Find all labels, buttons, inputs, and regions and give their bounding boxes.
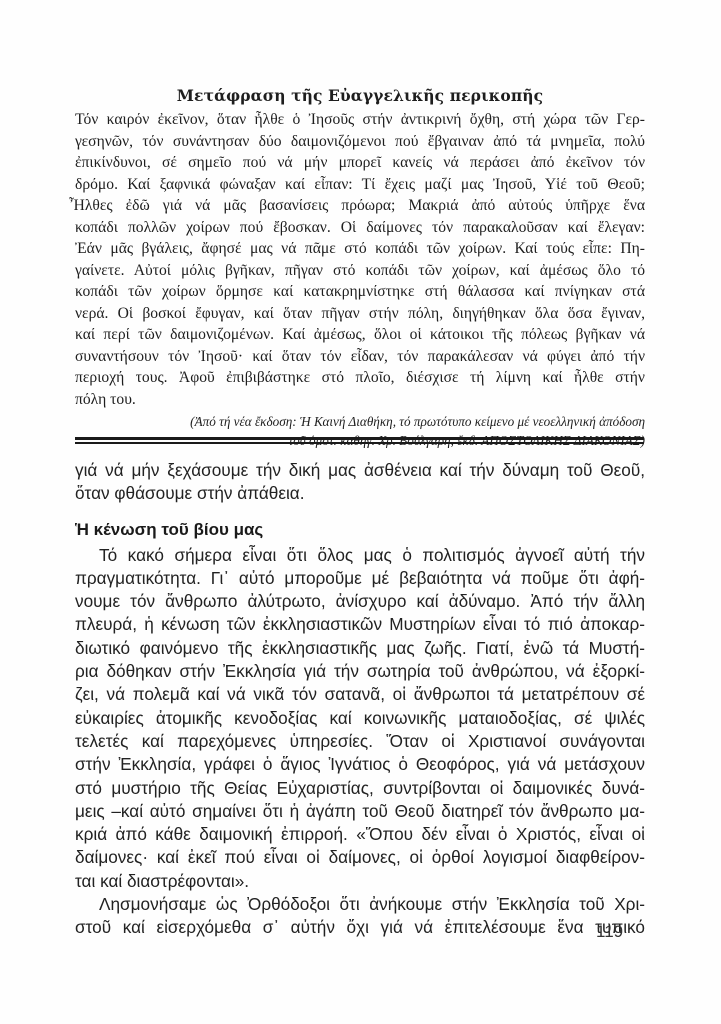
- text-line: Τό κακό σήμερα εἶναι ὅτι ὅλος μας ὁ πολι…: [75, 544, 645, 567]
- paragraph-1: Τό κακό σήμερα εἶναι ὅτι ὅλος μας ὁ πολι…: [75, 544, 645, 893]
- page-number: 119: [596, 922, 623, 942]
- text-line: τελετές καί παρεχόμενες ὑπηρεσίες. Ὅταν …: [75, 730, 645, 753]
- text-line: περιοχή τους. Ἀφοῦ ἐπιβιβάστηκε στό πλοῖ…: [75, 367, 645, 389]
- text-line: γαίνετε. Αὐτοί μόλις βγῆκαν, πῆγαν στό κ…: [75, 260, 645, 282]
- text-line: Τόν καιρόν ἐκεῖνον, ὅταν ἦλθε ὁ Ἰησοῦς σ…: [75, 109, 645, 131]
- text-line: δρόμο. Καί ξαφνικά φώναξαν καί εἶπαν: Τί…: [75, 174, 645, 196]
- intro-paragraph: γιά νά μήν ξεχάσουμε τήν δική μας ἀσθένε…: [75, 459, 645, 506]
- main-text: γιά νά μήν ξεχάσουμε τήν δική μας ἀσθένε…: [75, 459, 645, 940]
- book-page: Μετάφραση τῆς Εὐαγγελικῆς περικοπῆς Τόν …: [0, 0, 721, 1024]
- text-line: κριά ἀπό κάθε δαιμονική ἐπιρροή. «Ὅπου δ…: [75, 823, 645, 846]
- rule-thick-line: [75, 437, 644, 440]
- text-line: νουμε τόν ἄνθρωπο ἀλύτρωτο, ἀνίσχυρο καί…: [75, 590, 645, 613]
- source-citation: (Ἀπό τή νέα ἔκδοση: Ἡ Καινή Διαθήκη, τό …: [75, 412, 645, 450]
- text-line: γιά νά μήν ξεχάσουμε τήν δική μας ἀσθένε…: [75, 459, 645, 482]
- box-title: Μετάφραση τῆς Εὐαγγελικῆς περικοπῆς: [75, 84, 645, 108]
- paragraph-2: Λησμονήσαμε ὡς Ὀρθόδοξοι ὅτι ἀνήκουμε στ…: [75, 893, 645, 940]
- text-line: Ἐάν μᾶς βγάλεις, ἄφησέ μας νά πᾶμε στό κ…: [75, 238, 645, 260]
- text-line: Ἦλθες ἐδῶ γιά νά μᾶς βασανίσεις πρόωρα; …: [69, 195, 645, 217]
- gospel-translation-box: Μετάφραση τῆς Εὐαγγελικῆς περικοπῆς Τόν …: [75, 84, 645, 450]
- section-heading: Ἡ κένωση τοῦ βίου μας: [75, 518, 645, 541]
- double-rule-divider: [75, 437, 644, 444]
- text-line: γεσηνῶν, τόν συνάντησαν δύο δαιμονιζόμεν…: [75, 131, 645, 153]
- text-line: κοπάδι τῶν χοίρων ὅρμησε καί κατακρημνίσ…: [75, 281, 645, 303]
- text-line: διωτικό φαινόμενο τῆς ἐκκλησιαστικῆς μας…: [75, 637, 645, 660]
- text-line: συναντήσουν τόν Ἰησοῦ· καί ὅταν τόν εἶδα…: [75, 346, 645, 368]
- citation-line: (Ἀπό τή νέα ἔκδοση: Ἡ Καινή Διαθήκη, τό …: [75, 412, 645, 431]
- text-line: πραγματικότητα. Γι᾽ αὐτό μποροῦμε μέ βεβ…: [75, 567, 645, 590]
- text-line: στήν Ἐκκλησία, γράφει ὁ ἅγιος Ἰγνάτιος ὁ…: [75, 753, 645, 776]
- text-line: Λησμονήσαμε ὡς Ὀρθόδοξοι ὅτι ἀνήκουμε στ…: [75, 893, 645, 916]
- text-line: ται καί διαστρέφονται».: [75, 870, 645, 893]
- gospel-translation-text: Τόν καιρόν ἐκεῖνον, ὅταν ἦλθε ὁ Ἰησοῦς σ…: [75, 109, 645, 410]
- text-line: δαίμονες· καί ἐκεῖ πού εἶναι οἱ δαίμονες…: [75, 846, 645, 869]
- text-line: πλευρά, ἡ κένωση τῶν ἐκκλησιαστικῶν Μυστ…: [75, 613, 645, 636]
- text-line: στό μυστήριο τῆς Θείας Εὐχαριστίας, συντ…: [75, 777, 645, 800]
- text-line: νερά. Οἱ βοσκοί ἔφυγαν, καί ὅταν πῆγαν σ…: [75, 303, 645, 325]
- text-line: πόλη του.: [75, 389, 645, 411]
- text-line: εὐκαιρίες ἀτομικῆς κενοδοξίας καί κοινων…: [75, 707, 645, 730]
- text-line: καί περί τῶν δαιμονιζομένων. Καί ἀμέσως,…: [75, 324, 645, 346]
- text-line: ζει, νά πολεμᾶ καί νά νικᾶ τόν σατανᾶ, ο…: [75, 683, 645, 706]
- text-line: μεις –καί αὐτό σημαίνει ὅτι ἡ ἀγάπη τοῦ …: [75, 800, 645, 823]
- text-line: ὅταν φθάσουμε στήν ἀπάθεια.: [75, 482, 645, 505]
- text-line: κοπάδι πολλῶν χοίρων πού ἔβοσκαν. Οἱ δαί…: [75, 217, 645, 239]
- text-line: στοῦ καί εἰσερχόμεθα σ᾽ αὐτήν ὄχι γιά νά…: [75, 916, 645, 939]
- text-line: ρια δόθηκαν στήν Ἐκκλησία γιά τήν σωτηρί…: [75, 660, 645, 683]
- rule-thin-line: [75, 442, 644, 444]
- text-line: ἐπικίνδυνοι, σέ σημεῖο πού νά μήν μπορεῖ…: [75, 152, 645, 174]
